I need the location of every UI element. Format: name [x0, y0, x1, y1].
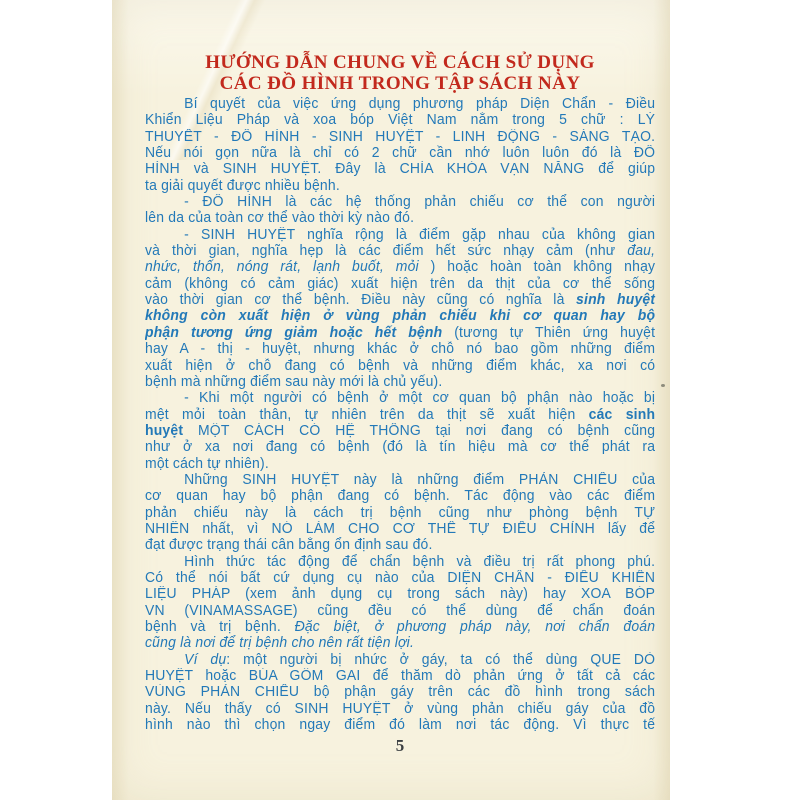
text-line: xuất hiện ở chỗ đang có bệnh và những đi… — [145, 358, 655, 374]
text-segment: vào thời gian cơ thể bệnh. Điều này cũng… — [145, 292, 576, 308]
text-segment: Khiển Liệu Pháp và xoa bóp Việt Nam nằm … — [145, 112, 655, 128]
text-segment: hay A - thị - huyệt, nhưng khác ở chỗ nó… — [145, 341, 655, 357]
text-segment: cơ quan hay bộ phận đang có bệnh. Tác độ… — [145, 488, 655, 504]
paragraph: - Khi một người có bệnh ở một cơ quan bộ… — [145, 390, 655, 472]
paragraph: Ví dụ: một người bị nhức ở gáy, ta có th… — [145, 652, 655, 734]
text-segment: phản chiếu này là cách trị bệnh cũng như… — [145, 505, 655, 521]
text-line: hay A - thị - huyệt, nhưng khác ở chỗ nó… — [145, 341, 655, 357]
text-segment: VN (VINAMASSAGE) cũng đều có thể dùng để… — [145, 603, 655, 619]
text-segment: HÌNH và SINH HUYỆT. Đây là CHÌA KHÓA VẠN… — [145, 161, 655, 177]
text-line: Ví dụ: một người bị nhức ở gáy, ta có th… — [145, 652, 655, 668]
text-segment: xuất hiện ở chỗ đang có bệnh và những đi… — [145, 358, 655, 374]
text-segment: như ở xa nơi đang có bệnh (đó là tín hiệ… — [145, 439, 655, 455]
text-segment: Hình thức tác động để chẩn bệnh và điều … — [184, 554, 655, 570]
text-line: - ĐỒ HÌNH là các hệ thống phản chiếu cơ … — [145, 194, 655, 210]
text-segment: (tương tự Thiên ứng huyệt — [442, 325, 655, 341]
paragraph: - SINH HUYỆT nghĩa rộng là điểm gặp nhau… — [145, 227, 655, 390]
book-page: HƯỚNG DẪN CHUNG VỀ CÁCH SỬ DỤNG CÁC ĐỒ H… — [112, 0, 670, 800]
text-line: - SINH HUYỆT nghĩa rộng là điểm gặp nhau… — [145, 227, 655, 243]
text-segment: bệnh mà những điểm sau này mới là chủ yế… — [145, 374, 442, 390]
text-segment: ta giải quyết được nhiều bệnh. — [145, 178, 340, 194]
text-line: này. Nếu thấy có SINH HUYỆT ở vùng phản … — [145, 701, 655, 717]
text-line: Những SINH HUYỆT này là những điểm PHẢN … — [145, 472, 655, 488]
page-title-line-1: HƯỚNG DẪN CHUNG VỀ CÁCH SỬ DỤNG — [145, 52, 655, 73]
text-line: nhức, thốn, nóng rát, lạnh buốt, mỏi ) h… — [145, 259, 655, 275]
text-segment: - Khi một người có bệnh ở một cơ quan bộ… — [184, 390, 655, 406]
text-segment: và thời gian, nghĩa hẹp là các điểm hết … — [145, 243, 627, 259]
text-segment: MỘT CÁCH CÓ HỆ THỐNG tại nơi đang có bện… — [183, 423, 655, 439]
text-line: bệnh mà những điểm sau này mới là chủ yế… — [145, 374, 655, 390]
text-segment: bệnh và trị bệnh. — [145, 619, 295, 635]
text-segment: LIỆU PHÁP (xem ảnh dụng cụ trong sách nà… — [145, 586, 655, 602]
text-line: HUYỆT hoặc BÚA GÔM GAI để thăm dò phản ứ… — [145, 668, 655, 684]
text-segment: Có thể nói bất cứ dụng cụ nào của DIỆN C… — [145, 570, 655, 586]
text-segment: : một người bị nhức ở gáy, ta có thể dùn… — [226, 652, 655, 668]
text-line: Có thể nói bất cứ dụng cụ nào của DIỆN C… — [145, 570, 655, 586]
text-segment: cũng là nơi để trị bệnh cho nên rất tiện… — [145, 635, 414, 651]
text-line: lên da của toàn cơ thể vào thời kỳ nào đ… — [145, 210, 655, 226]
text-segment: nhức, thốn, nóng rát, lạnh buốt, mỏi — [145, 259, 419, 275]
text-segment: VÙNG PHẢN CHIẾU bộ phận gáy trên các đồ … — [145, 684, 655, 700]
body-text: Bí quyết của việc ứng dụng phương pháp D… — [145, 96, 655, 733]
text-segment: Bí quyết của việc ứng dụng phương pháp D… — [184, 96, 655, 112]
text-line: NHIÊN nhất, vì NÓ LÀM CHO CƠ THỂ TỰ ĐIỀU… — [145, 521, 655, 537]
text-line: một cách tự nhiên). — [145, 456, 655, 472]
text-segment: THUYẾT - ĐỒ HÌNH - SINH HUYỆT - LINH ĐỘN… — [145, 129, 655, 145]
text-line: như ở xa nơi đang có bệnh (đó là tín hiệ… — [145, 439, 655, 455]
page-title: HƯỚNG DẪN CHUNG VỀ CÁCH SỬ DỤNG CÁC ĐỒ H… — [145, 52, 655, 94]
text-segment: cảm (không có cảm giác) xuất hiện trên d… — [145, 276, 655, 292]
text-line: và thời gian, nghĩa hẹp là các điểm hết … — [145, 243, 655, 259]
text-line: hình nào thì chọn ngay điểm đó làm nơi t… — [145, 717, 655, 733]
page-number: 5 — [145, 736, 655, 756]
text-line: không còn xuất hiện ở vùng phản chiếu kh… — [145, 308, 655, 324]
text-segment: Ví dụ — [184, 652, 226, 668]
text-segment: ) hoặc hoàn toàn không nhạy — [419, 259, 655, 275]
text-segment: này. Nếu thấy có SINH HUYỆT ở vùng phản … — [145, 701, 655, 717]
text-segment: NHIÊN nhất, vì NÓ LÀM CHO CƠ THỂ TỰ ĐIỀU… — [145, 521, 655, 537]
text-segment: không còn xuất hiện ở vùng phản chiếu kh… — [145, 308, 655, 324]
text-segment: Đặc biệt, ở phương pháp này, nơi chẩn đo… — [295, 619, 656, 635]
text-line: LIỆU PHÁP (xem ảnh dụng cụ trong sách nà… — [145, 586, 655, 602]
text-line: đạt được trạng thái cân bằng ổn định sau… — [145, 537, 655, 553]
text-segment: - SINH HUYỆT nghĩa rộng là điểm gặp nhau… — [184, 227, 655, 243]
text-segment: đạt được trạng thái cân bằng ổn định sau… — [145, 537, 433, 553]
text-line: mệt mỏi toàn thân, tự nhiên trên da thịt… — [145, 407, 655, 423]
text-line: cũng là nơi để trị bệnh cho nên rất tiện… — [145, 635, 655, 651]
text-line: Bí quyết của việc ứng dụng phương pháp D… — [145, 96, 655, 112]
text-line: - Khi một người có bệnh ở một cơ quan bộ… — [145, 390, 655, 406]
screenshot-canvas: HƯỚNG DẪN CHUNG VỀ CÁCH SỬ DỤNG CÁC ĐỒ H… — [0, 0, 800, 800]
paragraph: Hình thức tác động để chẩn bệnh và điều … — [145, 554, 655, 652]
text-line: Khiển Liệu Pháp và xoa bóp Việt Nam nằm … — [145, 112, 655, 128]
text-line: VN (VINAMASSAGE) cũng đều có thể dùng để… — [145, 603, 655, 619]
text-segment: sinh huyệt — [576, 292, 655, 308]
scan-speck — [661, 384, 665, 387]
text-segment: một cách tự nhiên). — [145, 456, 269, 472]
page-title-line-2: CÁC ĐỒ HÌNH TRONG TẬP SÁCH NÀY — [145, 73, 655, 94]
text-segment: đau, — [627, 243, 655, 259]
text-segment: huyệt — [145, 423, 183, 439]
text-line: bệnh và trị bệnh. Đặc biệt, ở phương phá… — [145, 619, 655, 635]
text-segment: phận tương ứng giảm hoặc hết bệnh — [145, 325, 442, 341]
text-line: Hình thức tác động để chẩn bệnh và điều … — [145, 554, 655, 570]
paragraph: Những SINH HUYỆT này là những điểm PHẢN … — [145, 472, 655, 554]
paragraph: - ĐỒ HÌNH là các hệ thống phản chiếu cơ … — [145, 194, 655, 227]
text-line: cơ quan hay bộ phận đang có bệnh. Tác độ… — [145, 488, 655, 504]
text-line: huyệt MỘT CÁCH CÓ HỆ THỐNG tại nơi đang … — [145, 423, 655, 439]
text-segment: Những SINH HUYỆT này là những điểm PHẢN … — [184, 472, 655, 488]
text-line: vào thời gian cơ thể bệnh. Điều này cũng… — [145, 292, 655, 308]
text-segment: hình nào thì chọn ngay điểm đó làm nơi t… — [145, 717, 655, 733]
text-segment: lên da của toàn cơ thể vào thời kỳ nào đ… — [145, 210, 414, 226]
paragraph: Bí quyết của việc ứng dụng phương pháp D… — [145, 96, 655, 194]
text-segment: HUYỆT hoặc BÚA GÔM GAI để thăm dò phản ứ… — [145, 668, 655, 684]
text-line: Nếu nói gọn nữa là chỉ có 2 chữ cần nhớ … — [145, 145, 655, 161]
text-segment: Nếu nói gọn nữa là chỉ có 2 chữ cần nhớ … — [145, 145, 655, 161]
text-line: THUYẾT - ĐỒ HÌNH - SINH HUYỆT - LINH ĐỘN… — [145, 129, 655, 145]
text-line: VÙNG PHẢN CHIẾU bộ phận gáy trên các đồ … — [145, 684, 655, 700]
text-line: phản chiếu này là cách trị bệnh cũng như… — [145, 505, 655, 521]
text-line: ta giải quyết được nhiều bệnh. — [145, 178, 655, 194]
text-segment: mệt mỏi toàn thân, tự nhiên trên da thịt… — [145, 407, 589, 423]
text-line: cảm (không có cảm giác) xuất hiện trên d… — [145, 276, 655, 292]
text-segment: các sinh — [589, 407, 656, 423]
text-line: phận tương ứng giảm hoặc hết bệnh (tương… — [145, 325, 655, 341]
text-line: HÌNH và SINH HUYỆT. Đây là CHÌA KHÓA VẠN… — [145, 161, 655, 177]
text-segment: - ĐỒ HÌNH là các hệ thống phản chiếu cơ … — [184, 194, 655, 210]
